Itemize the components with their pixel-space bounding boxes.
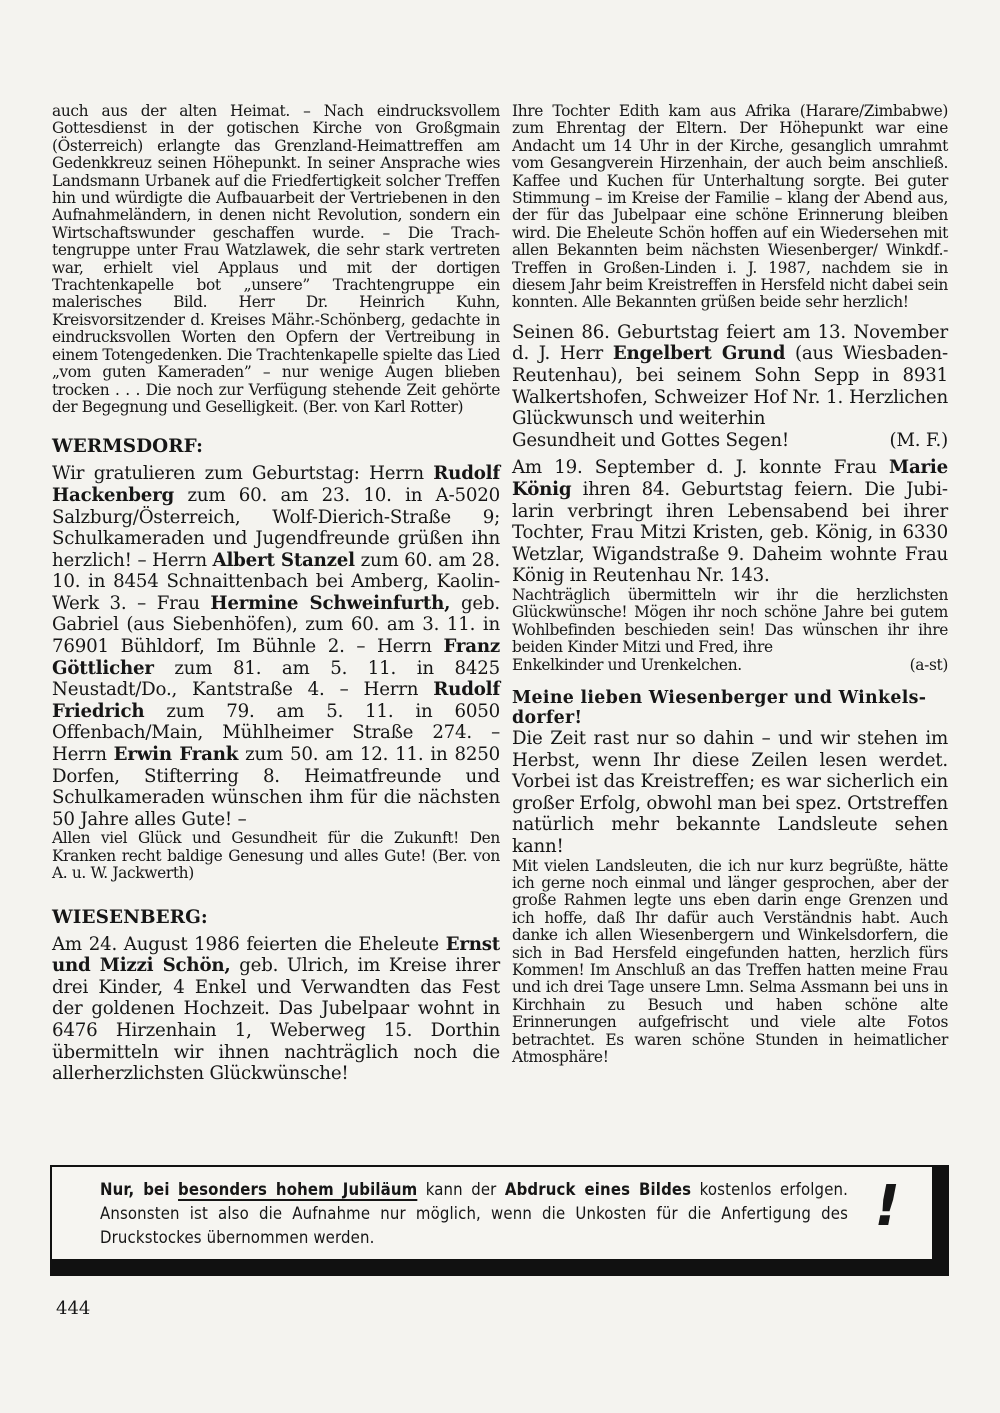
grund-birthday: Seinen 86. Geburtstag feiert am 13. Nove… (512, 322, 948, 430)
right-column: Ihre Tochter Edith kam aus Afrika (Harar… (512, 103, 948, 1066)
person-name: Hermine Schweinfurth, (210, 593, 450, 614)
text: Abdruck eines Bildes (505, 1180, 691, 1199)
koenig-signature-line: Enkelkinder und Urenkelchen.(a-st) (512, 657, 948, 674)
text: ihren 84. Geburtstag feiern. Die Jubi­la… (512, 479, 948, 586)
notice-box: Nur, bei besonders hohem Jubiläum kann d… (50, 1165, 949, 1276)
person-name: Erwin Frank (114, 744, 239, 765)
person-name: Engelbert Grund (613, 343, 785, 364)
text: Enkelkinder und Urenkelchen. (512, 657, 742, 674)
section-heading-wiesenberg: WIESENBERG: (52, 907, 500, 928)
letter-paragraph-2: Mit vielen Landsleuten, die ich nur kurz… (512, 858, 948, 1067)
exclamation-icon: ! (874, 1177, 900, 1237)
anniversary-continuation: Ihre Tochter Edith kam aus Afrika (Harar… (512, 103, 948, 312)
author-signature: (M. F.) (889, 430, 948, 452)
text: Am 19. September d. J. konnte Frau (512, 457, 889, 478)
underlined-text: besonders hohem Jubiläum (178, 1180, 417, 1199)
koenig-wishes: Nachträglich übermitteln wir ihr die her… (512, 587, 948, 657)
page-number: 444 (56, 1298, 90, 1319)
intro-paragraph: auch aus der alten Heimat. – Nach eindru… (52, 103, 500, 416)
person-name: Albert Stanzel (213, 550, 355, 571)
text: Gesundheit und Gottes Segen! (512, 430, 789, 452)
wiesenberg-anniversary: Am 24. August 1986 feierten die Eheleute… (52, 934, 500, 1085)
koenig-birthday: Am 19. September d. J. konnte Frau Marie… (512, 457, 948, 587)
text: kann der (417, 1180, 505, 1199)
document-page: auch aus der alten Heimat. – Nach eindru… (0, 0, 1000, 1413)
notice-text: Nur, bei besonders hohem Jubiläum kann d… (100, 1178, 848, 1250)
wermsdorf-closing: Allen viel Glück und Gesundheit für die … (52, 830, 500, 882)
text: Nur, bei (100, 1180, 170, 1199)
wermsdorf-birthdays: Wir gratulieren zum Geburtstag: Herrn Ru… (52, 463, 500, 830)
left-column: auch aus der alten Heimat. – Nach eindru… (52, 103, 500, 1085)
section-heading-wermsdorf: WERMSDORF: (52, 436, 500, 457)
grund-signature-line: Gesundheit und Gottes Segen!(M. F.) (512, 430, 948, 452)
letter-paragraph-1: Die Zeit rast nur so dahin – und wir ste… (512, 728, 948, 858)
letter-heading: Meine lieben Wiesenberger und Winkels­do… (512, 688, 948, 728)
author-signature: (a-st) (910, 657, 948, 674)
text: Am 24. August 1986 feierten die Eheleute (52, 934, 446, 955)
text: Wir gratulieren zum Geburtstag: Herrn (52, 463, 433, 484)
